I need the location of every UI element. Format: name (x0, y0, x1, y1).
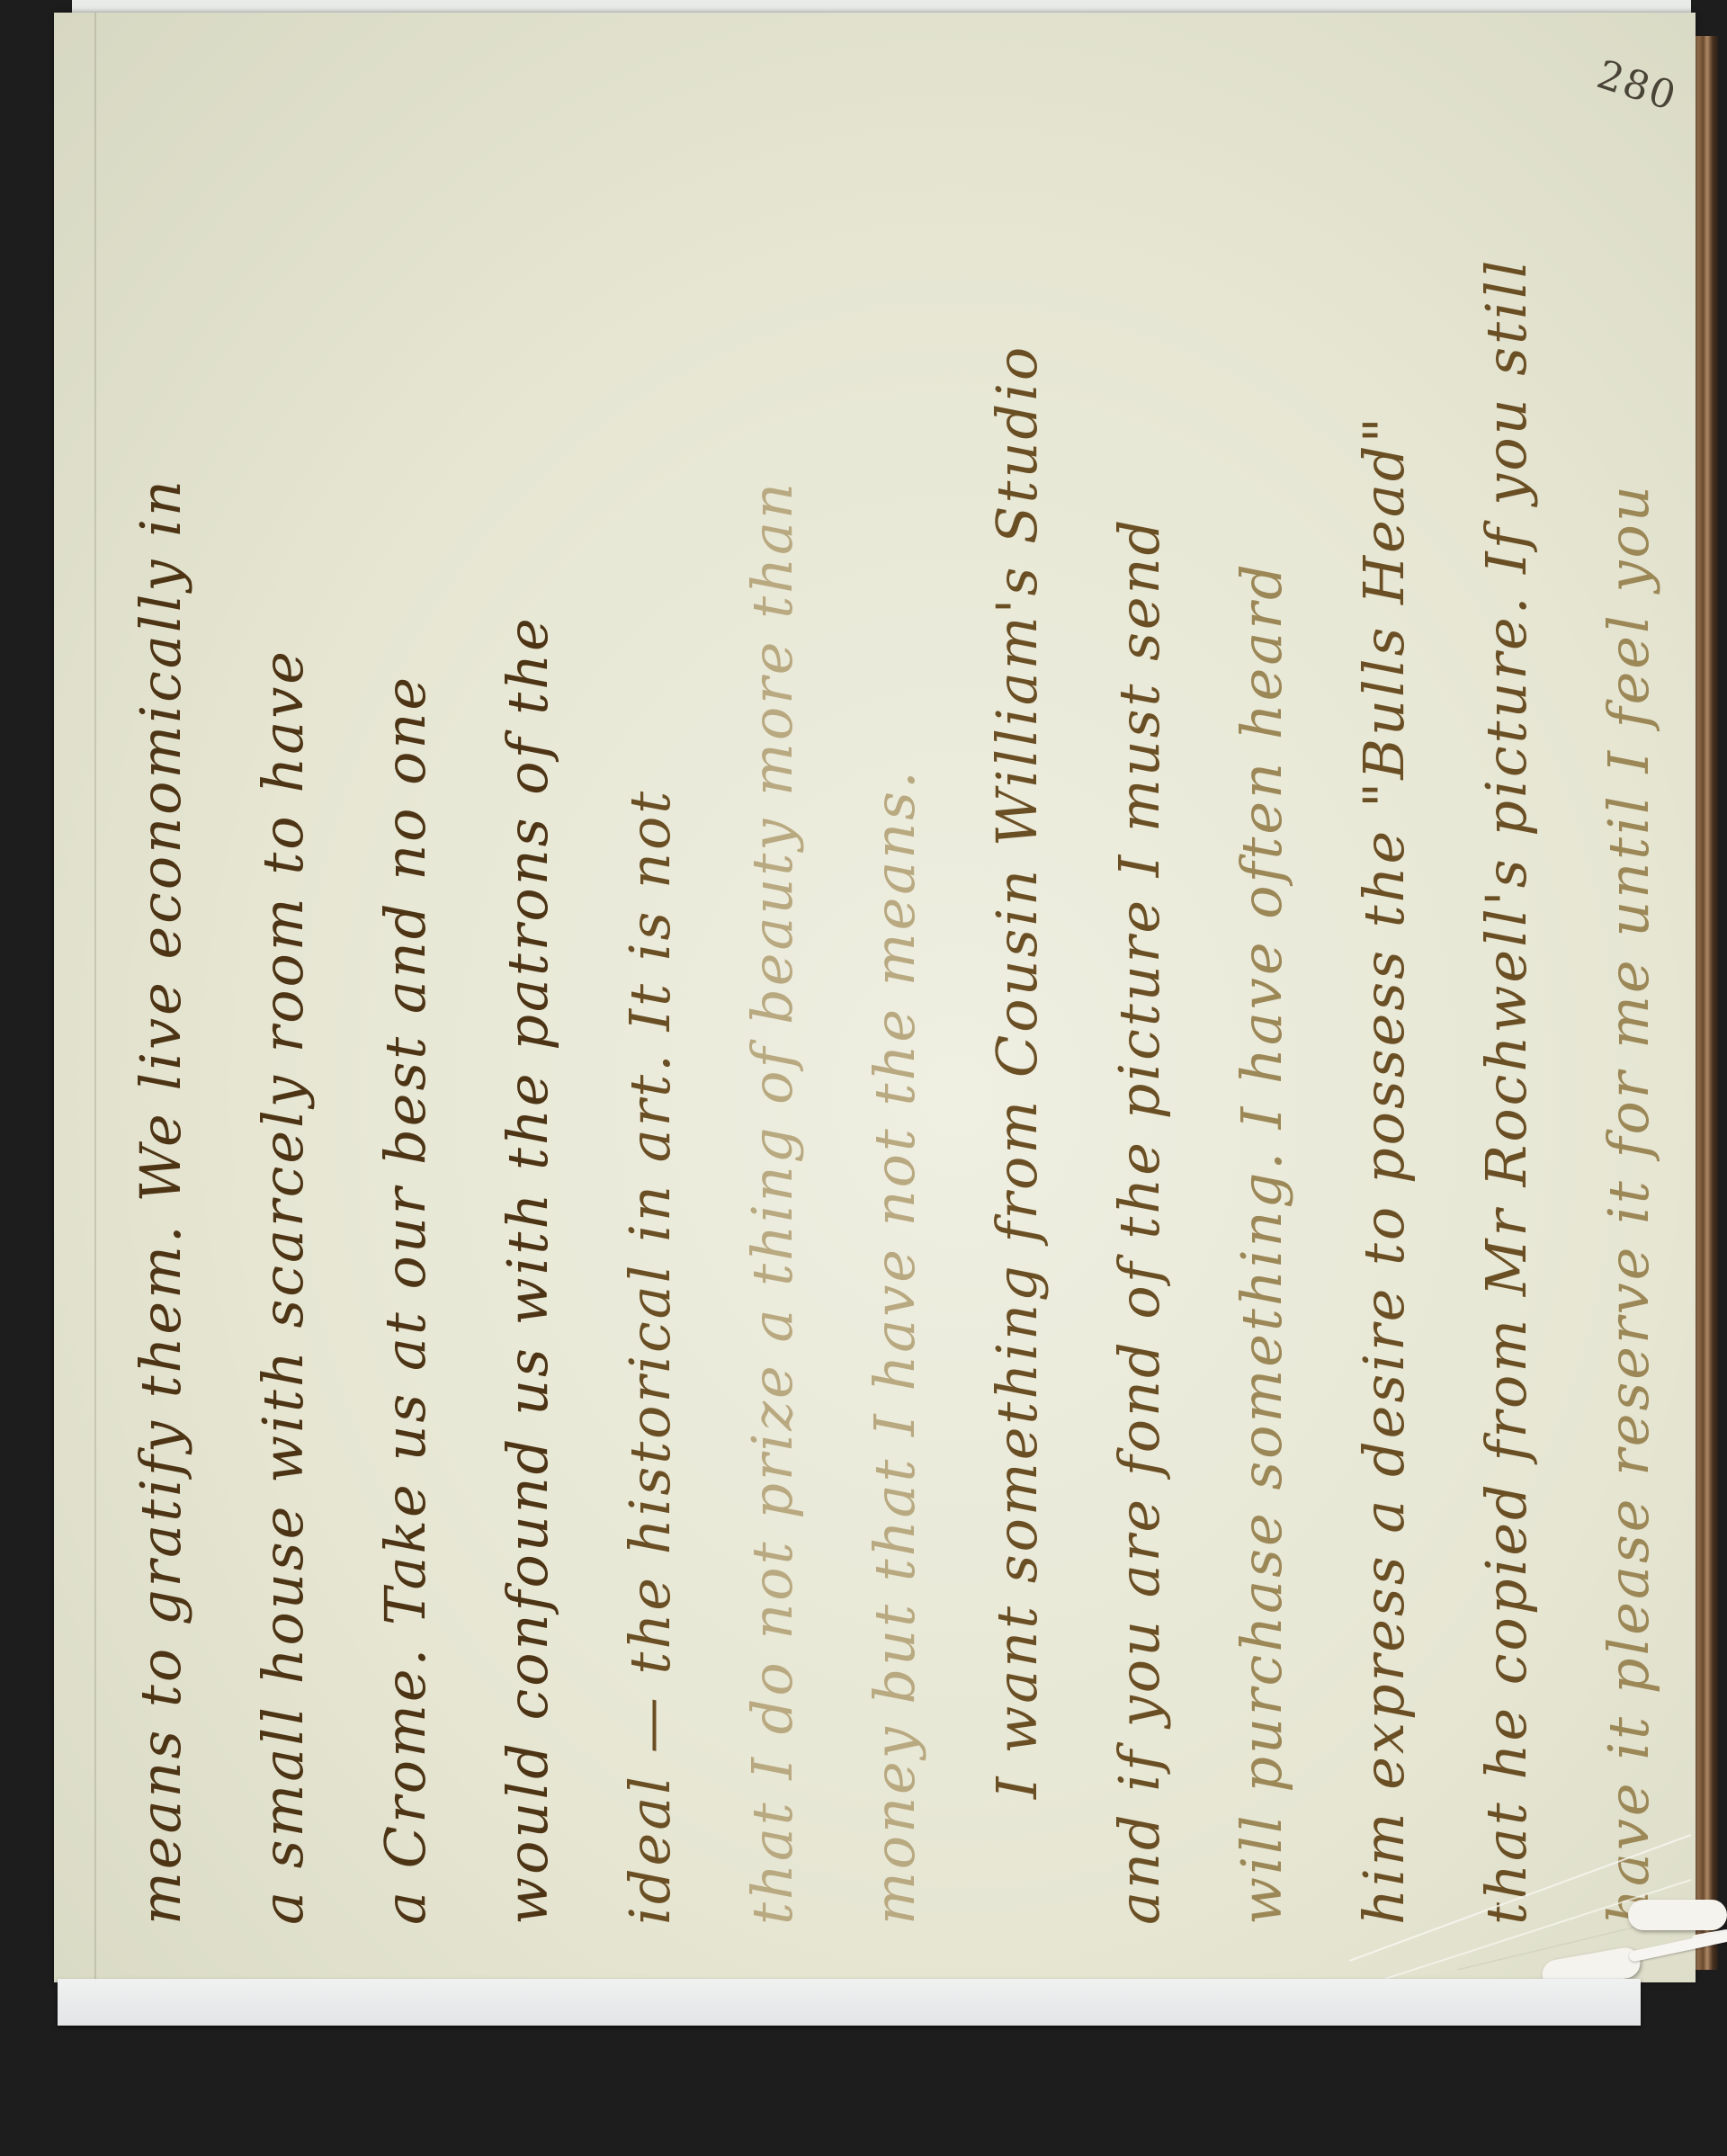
text-line: a Crome. Take us at our best and no one (344, 54, 466, 1961)
text-line: would confound us with the patrons of th… (466, 54, 588, 1961)
text-line: and if you are fond of the picture I mus… (1078, 54, 1200, 1961)
handwritten-text: means to gratify them. We live economica… (99, 54, 1700, 1961)
page-margin-fold (94, 13, 96, 1982)
cotton-swab-upper (1628, 1900, 1727, 1930)
text-line: him express a desire to possess the "Bul… (1322, 54, 1445, 1961)
text-line: will purchase something. I have often he… (1200, 54, 1322, 1961)
text-line: ideal — the historical in art. It is not (588, 54, 711, 1961)
text-line: with a greater deal of love Mr Heath & d… (1689, 54, 1727, 1961)
text-line: means to gratify them. We live economica… (99, 54, 221, 1961)
text-line: that he copied from Mr Rochwell's pictur… (1445, 54, 1567, 1961)
text-line: have it please reserve it for me until I… (1567, 54, 1689, 1961)
text-line: I want something from Cousin William's S… (955, 54, 1078, 1961)
text-line: money but that I have not the means. (833, 54, 955, 1961)
text-line: that I do not prize a thing of beauty mo… (711, 54, 833, 1961)
text-line: a small house with scarcely room to have (221, 54, 344, 1961)
backing-sheet-bottom (58, 1979, 1641, 2026)
